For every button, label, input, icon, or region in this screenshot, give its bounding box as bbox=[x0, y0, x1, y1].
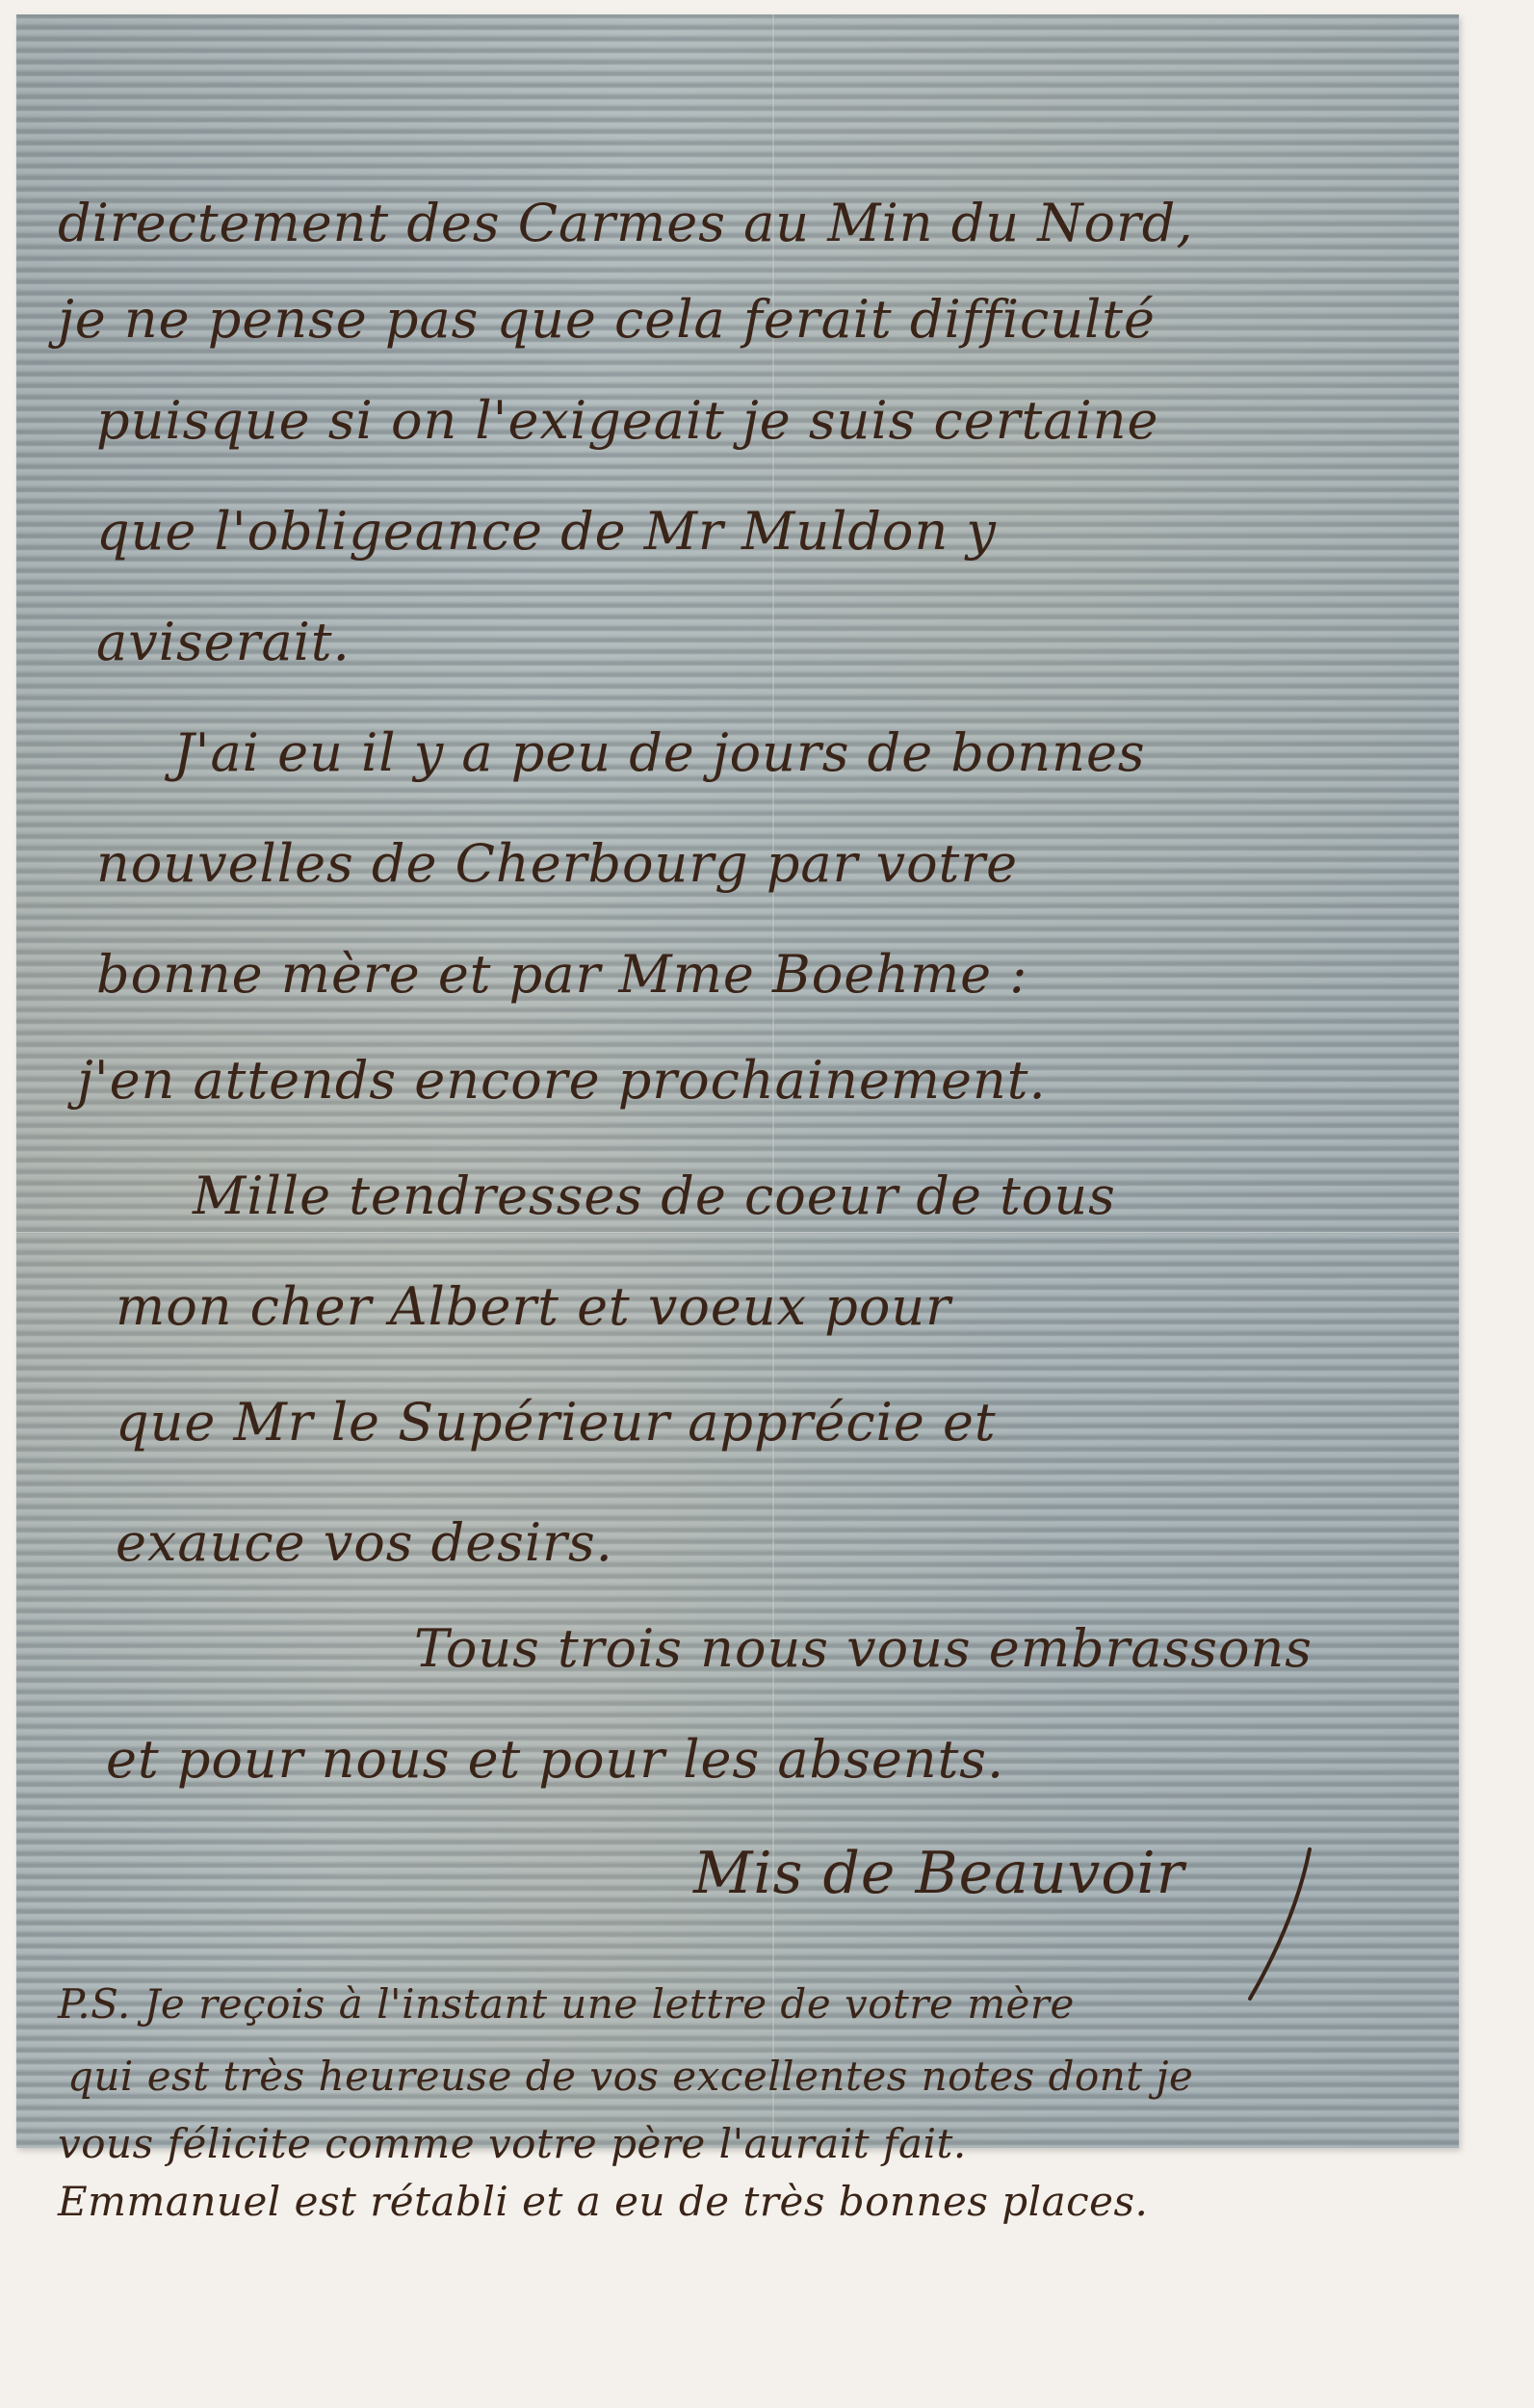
signature-flourish-icon bbox=[1242, 1840, 1329, 2003]
letter-line-7: nouvelles de Cherbourg par votre bbox=[96, 838, 1018, 890]
postscript-line-4: Emmanuel est rétabli et a eu de très bon… bbox=[58, 2182, 1148, 2222]
letter-line-6: J'ai eu il y a peu de jours de bonnes bbox=[173, 727, 1146, 779]
letter-line-11: mon cher Albert et voeux pour bbox=[116, 1281, 951, 1333]
letter-line-4: que l'obligeance de Mr Muldon y bbox=[96, 506, 997, 558]
postscript-line-3: vous félicite comme votre père l'aurait … bbox=[58, 2124, 967, 2164]
letter-line-2: je ne pense pas que cela ferait difficul… bbox=[58, 294, 1156, 346]
letter-line-9: j'en attends encore prochainement. bbox=[77, 1055, 1047, 1107]
letter-line-13: exauce vos desirs. bbox=[116, 1517, 613, 1569]
letter-line-1: directement des Carmes au Min du Nord, bbox=[58, 197, 1194, 249]
letter-line-10: Mille tendresses de coeur de tous bbox=[193, 1170, 1116, 1222]
horizontal-fold-line bbox=[16, 1231, 1459, 1234]
letter-line-5: aviserait. bbox=[96, 616, 351, 668]
letter-line-12: que Mr le Supérieur apprécie et bbox=[116, 1397, 997, 1449]
letter-line-3: puisque si on l'exigeait je suis certain… bbox=[96, 395, 1158, 447]
letter-line-14: Tous trois nous vous embrassons bbox=[414, 1623, 1313, 1675]
signature: Mis de Beauvoir bbox=[693, 1845, 1184, 1902]
letter-line-8: bonne mère et par Mme Boehme : bbox=[96, 949, 1028, 1001]
letter-line-15: et pour nous et pour les absents. bbox=[106, 1734, 1004, 1786]
postscript-line-1: P.S. Je reçois à l'instant une lettre de… bbox=[58, 1984, 1075, 2025]
postscript-line-2: qui est très heureuse de vos excellentes… bbox=[67, 2056, 1193, 2097]
